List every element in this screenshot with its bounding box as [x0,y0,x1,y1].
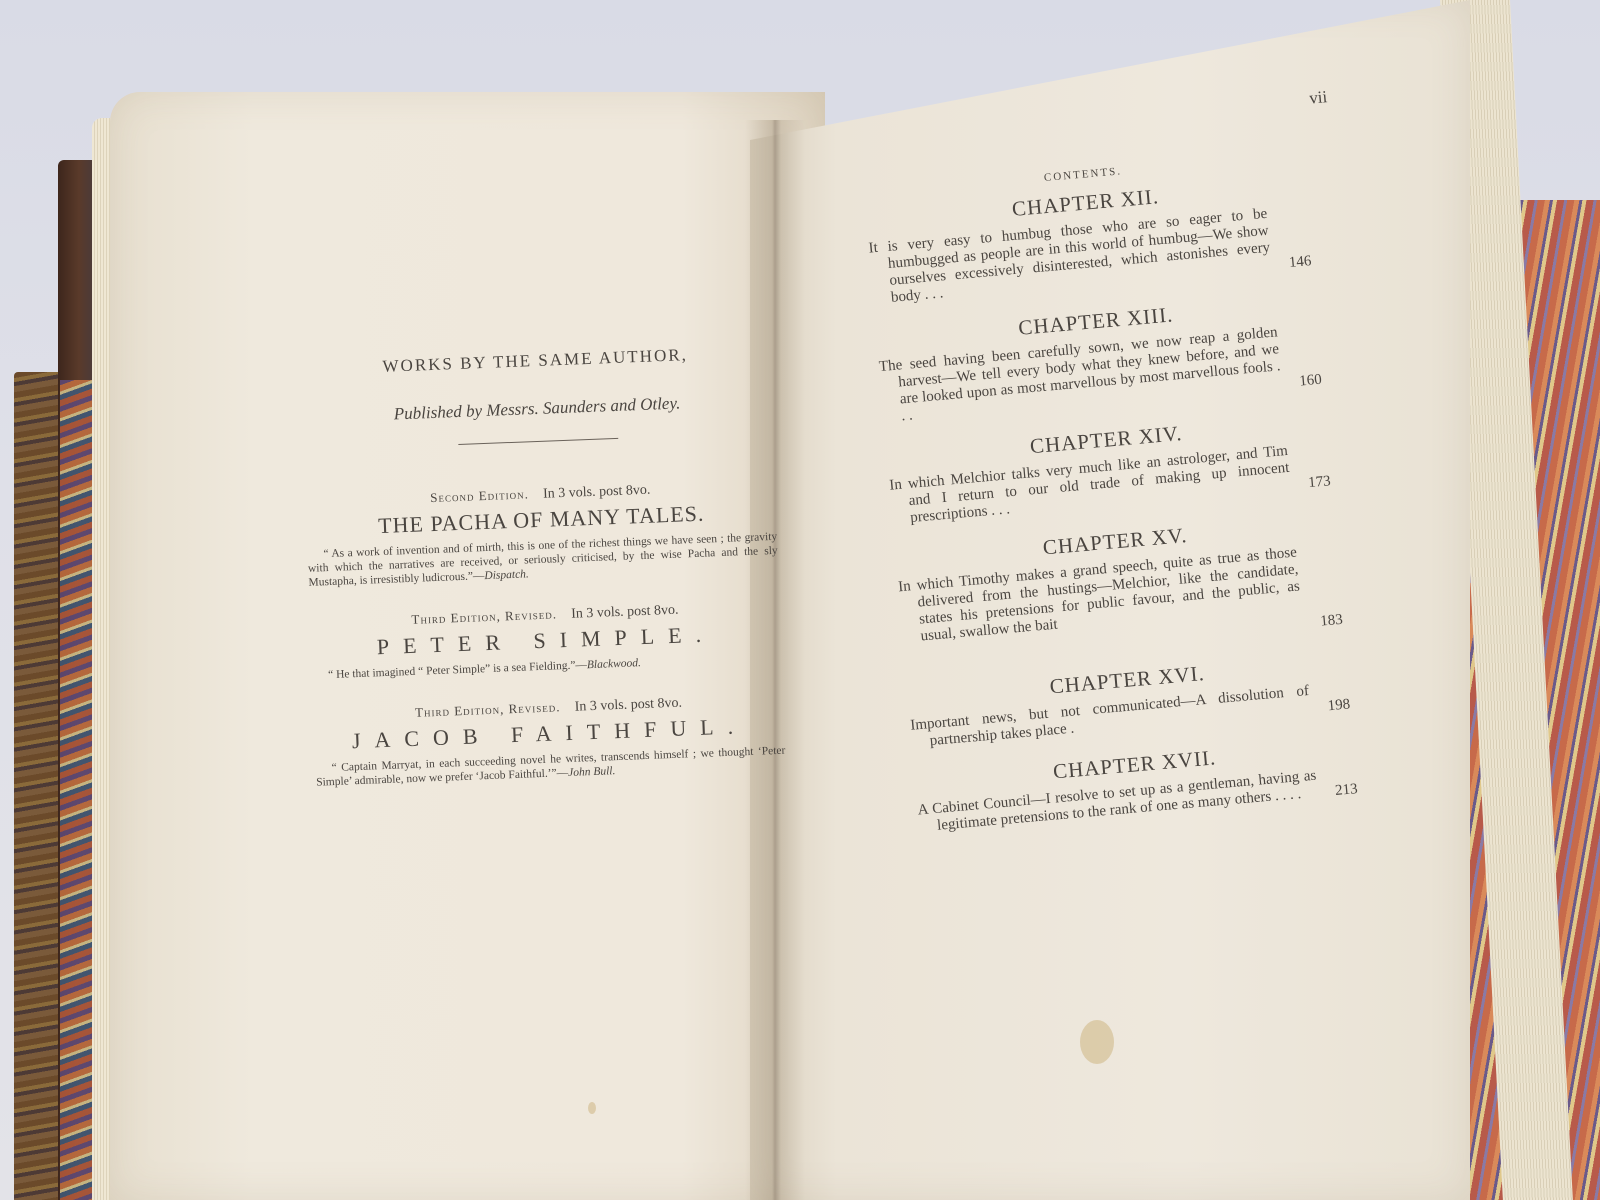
volumes-label: In 3 vols. post 8vo. [571,603,679,622]
divider-rule [458,438,618,445]
edition-label: Third Edition, Revised. [415,699,561,720]
chapter-entry: CHAPTER XVII. A Cabinet Council—I resolv… [914,733,1358,836]
review-text: “ As a work of invention and of mirth, t… [308,531,778,589]
table-of-contents: vii CONTENTS. CHAPTER XII. It is very ea… [860,112,1360,857]
review-source: Dispatch. [484,568,529,582]
volumes-label: In 3 vols. post 8vo. [574,696,682,715]
book-entry: Third Edition, Revised. In 3 vols. post … [313,691,786,790]
edition-label: Second Edition. [430,486,529,505]
review-source: Blackwood. [587,657,641,671]
review-text: “ He that imagined “ Peter Simple” is a … [328,659,587,681]
book-entry: Third Edition, Revised. In 3 vols. post … [310,598,782,683]
chapter-entry: CHAPTER XVI. Important news, but not com… [907,649,1351,752]
edition-label: Third Edition, Revised. [411,606,557,627]
chapter-entry: CHAPTER XIV. In which Melchior talks ver… [886,409,1331,529]
foxing-stain [588,1102,596,1114]
book-entry: Second Edition. In 3 vols. post 8vo. THE… [305,477,778,590]
review-source: John Bull. [568,765,616,779]
publisher-line: Published by Messrs. Saunders and Otley. [302,390,772,428]
chapter-entry: CHAPTER XV. In which Timothy makes a gra… [895,510,1344,667]
page-number: vii [1308,87,1328,108]
foxing-stain [1080,1020,1114,1064]
works-by-author: WORKS BY THE SAME AUTHOR, Published by M… [300,342,787,816]
photo-scene: WORKS BY THE SAME AUTHOR, Published by M… [0,0,1600,1200]
chapter-entry: CHAPTER XIII. The seed having been caref… [876,290,1323,427]
volumes-label: In 3 vols. post 8vo. [543,483,651,502]
